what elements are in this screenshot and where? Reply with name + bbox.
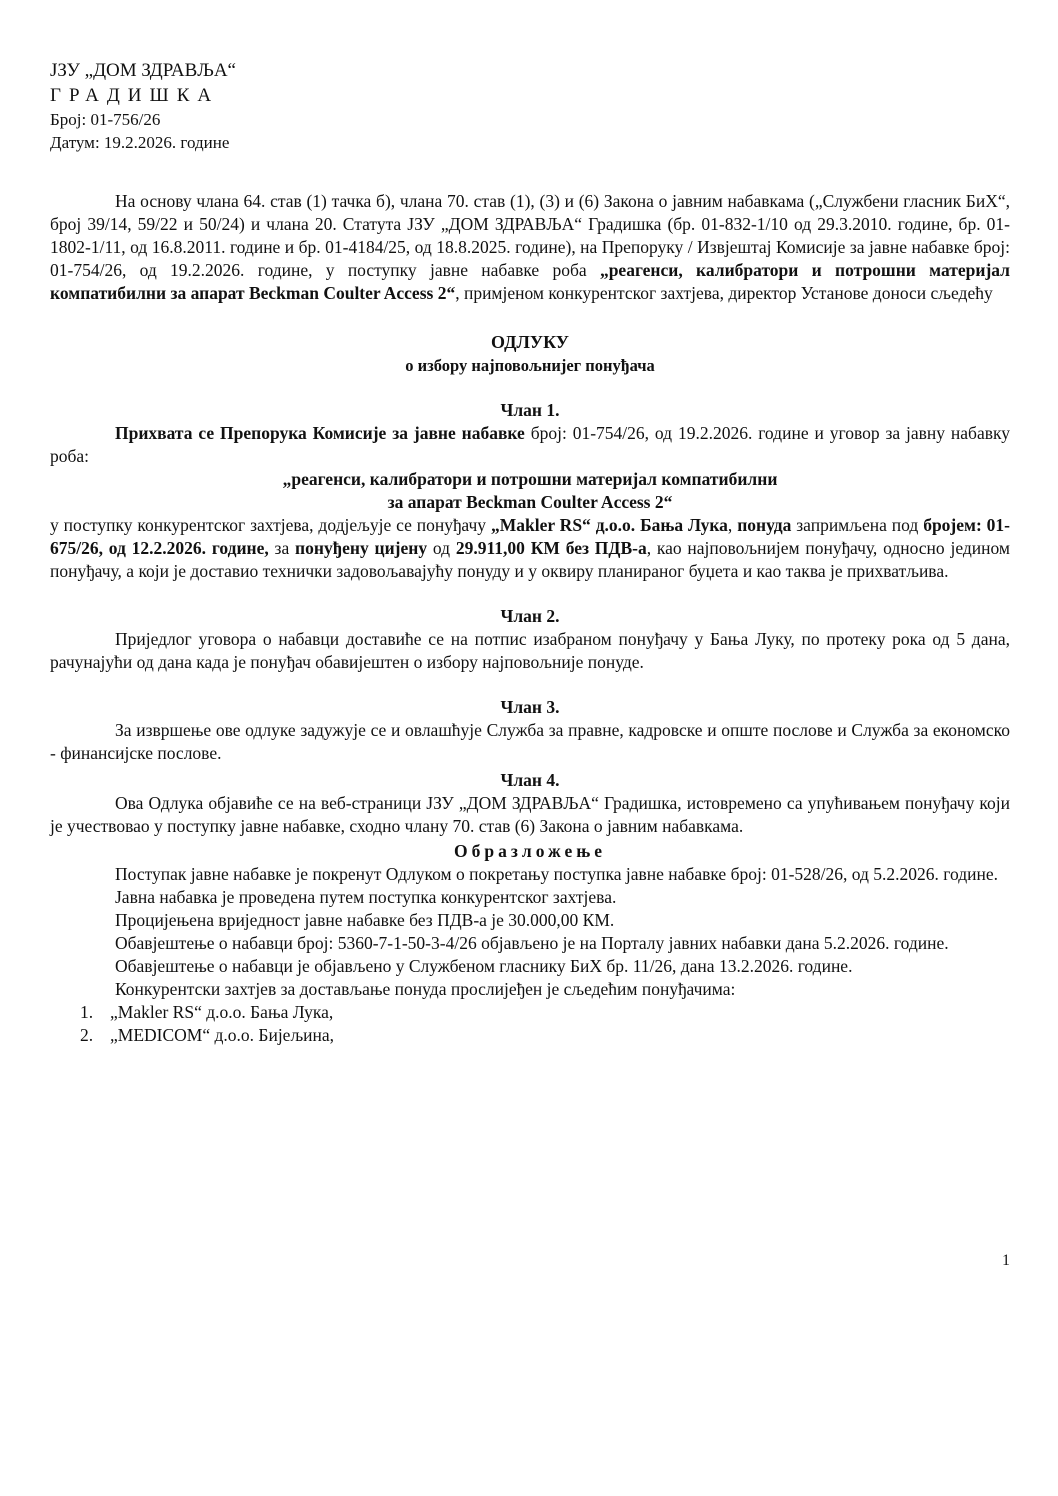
reasoning-paragraph-2: Јавна набавка је проведена путем поступк…	[50, 886, 1010, 909]
reasoning-paragraph-5: Обавјештење о набавци је објављено у Слу…	[50, 955, 1010, 978]
document-header: ЈЗУ „ДОМ ЗДРАВЉА“ ГРАДИШКА Број: 01-756/…	[50, 58, 1010, 154]
article-2-text: Приједлог уговора о набавци доставиће се…	[50, 628, 1010, 674]
institution-name: ЈЗУ „ДОМ ЗДРАВЉА“	[50, 58, 1010, 83]
bidder-list: 1.„Makler RS“ д.о.о. Бања Лука, 2.„MEDIC…	[50, 1001, 1010, 1047]
article-1-paragraph-2: у поступку конкурентског захтјева, додје…	[50, 514, 1010, 583]
article-1-heading: Члан 1.	[50, 399, 1010, 422]
article-3-text: За извршење ове одлуке задужује се и овл…	[50, 719, 1010, 765]
document-number: Број: 01-756/26	[50, 108, 1010, 131]
reasoning-paragraph-3: Процијењена вриједност јавне набавке без…	[50, 909, 1010, 932]
decision-title: ОДЛУКУ	[50, 331, 1010, 354]
page-number: 1	[1002, 1252, 1010, 1270]
reasoning-paragraph-6: Конкурентски захтјев за достављање понуд…	[50, 978, 1010, 1001]
article-4-text: Ова Одлука објавиће се на веб-страници Ј…	[50, 792, 1010, 838]
article-1-subject-line-2: за апарат Beckman Coulter Access 2“	[50, 491, 1010, 514]
article-1-paragraph-1: Прихвата се Препорука Комисије за јавне …	[50, 422, 1010, 468]
city-name: ГРАДИШКА	[50, 83, 1010, 108]
reasoning-paragraph-4: Обавјештење о набавци број: 5360-7-1-50-…	[50, 932, 1010, 955]
list-item: 2.„MEDICOM“ д.о.о. Бијељина,	[50, 1024, 1010, 1047]
article-2-heading: Члан 2.	[50, 605, 1010, 628]
document-page: ЈЗУ „ДОМ ЗДРАВЉА“ ГРАДИШКА Број: 01-756/…	[50, 58, 1010, 1047]
article-3-heading: Члан 3.	[50, 696, 1010, 719]
reasoning-heading: Образложење	[50, 840, 1010, 863]
preamble: На основу члана 64. став (1) тачка б), ч…	[50, 190, 1010, 305]
list-item: 1.„Makler RS“ д.о.о. Бања Лука,	[50, 1001, 1010, 1024]
document-date: Датум: 19.2.2026. године	[50, 131, 1010, 154]
article-1-subject-line-1: „реагенси, калибратори и потрошни матери…	[50, 468, 1010, 491]
article-4-heading: Члан 4.	[50, 769, 1010, 792]
decision-subtitle: о избору најповољнијег понуђача	[50, 354, 1010, 377]
reasoning-paragraph-1: Поступак јавне набавке је покренут Одлук…	[50, 863, 1010, 886]
